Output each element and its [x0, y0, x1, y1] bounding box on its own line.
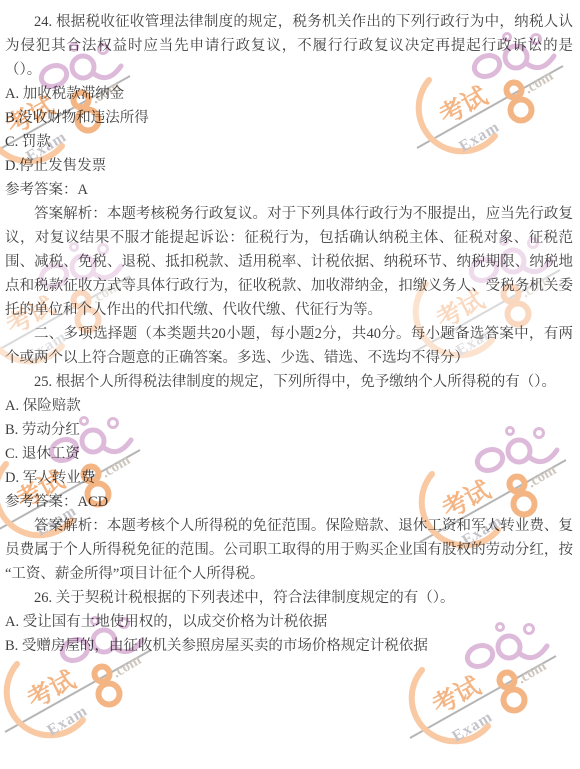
question-25-option-b: B. 劳动分红 [5, 418, 573, 442]
section-header: 二、多项选择题（本类题共20小题，每小题2分，共40分。每小题备选答案中，有两个… [5, 322, 573, 370]
question-25-analysis: 答案解析：本题考核个人所得税的免征范围。保险赔款、退休工资和军人转业费、复员费属… [5, 514, 573, 586]
question-25-option-d: D. 军人转业费 [5, 466, 573, 490]
question-26-stem: 26. 关于契税计税根据的下列表述中，符合法律制度规定的有（）。 [5, 586, 573, 610]
question-25-option-c: C. 退休工资 [5, 442, 573, 466]
question-24-analysis: 答案解析：本题考核税务行政复议。对于下列具体行政行为不服提出，应当先行政复议，对… [5, 202, 573, 322]
question-24-option-a: A. 加收税款滞纳金 [5, 82, 573, 106]
question-24-stem: 24. 根据税收征收管理法律制度的规定，税务机关作出的下列行政行为中，纳税人认为… [5, 10, 573, 82]
question-26-option-a: A. 受让国有土地使用权的，以成交价格为计税依据 [5, 610, 573, 634]
question-25-stem: 25. 根据个人所得税法律制度的规定，下列所得中，免予缴纳个人所得税的有（）。 [5, 370, 573, 394]
question-24-option-b: B.没收财物和违法所得 [5, 106, 573, 130]
question-24-option-c: C. 罚款 [5, 130, 573, 154]
question-24-answer-line: 参考答案：A [5, 178, 573, 202]
question-24-option-d: D.停止发售发票 [5, 154, 573, 178]
question-25-option-a: A. 保险赔款 [5, 394, 573, 418]
exam-document: 24. 根据税收征收管理法律制度的规定，税务机关作出的下列行政行为中，纳税人认为… [0, 0, 580, 658]
question-26-option-b: B. 受赠房屋的，由征收机关参照房屋买卖的市场价格规定计税依据 [5, 634, 573, 658]
question-25-answer-line: 参考答案：ACD [5, 490, 573, 514]
